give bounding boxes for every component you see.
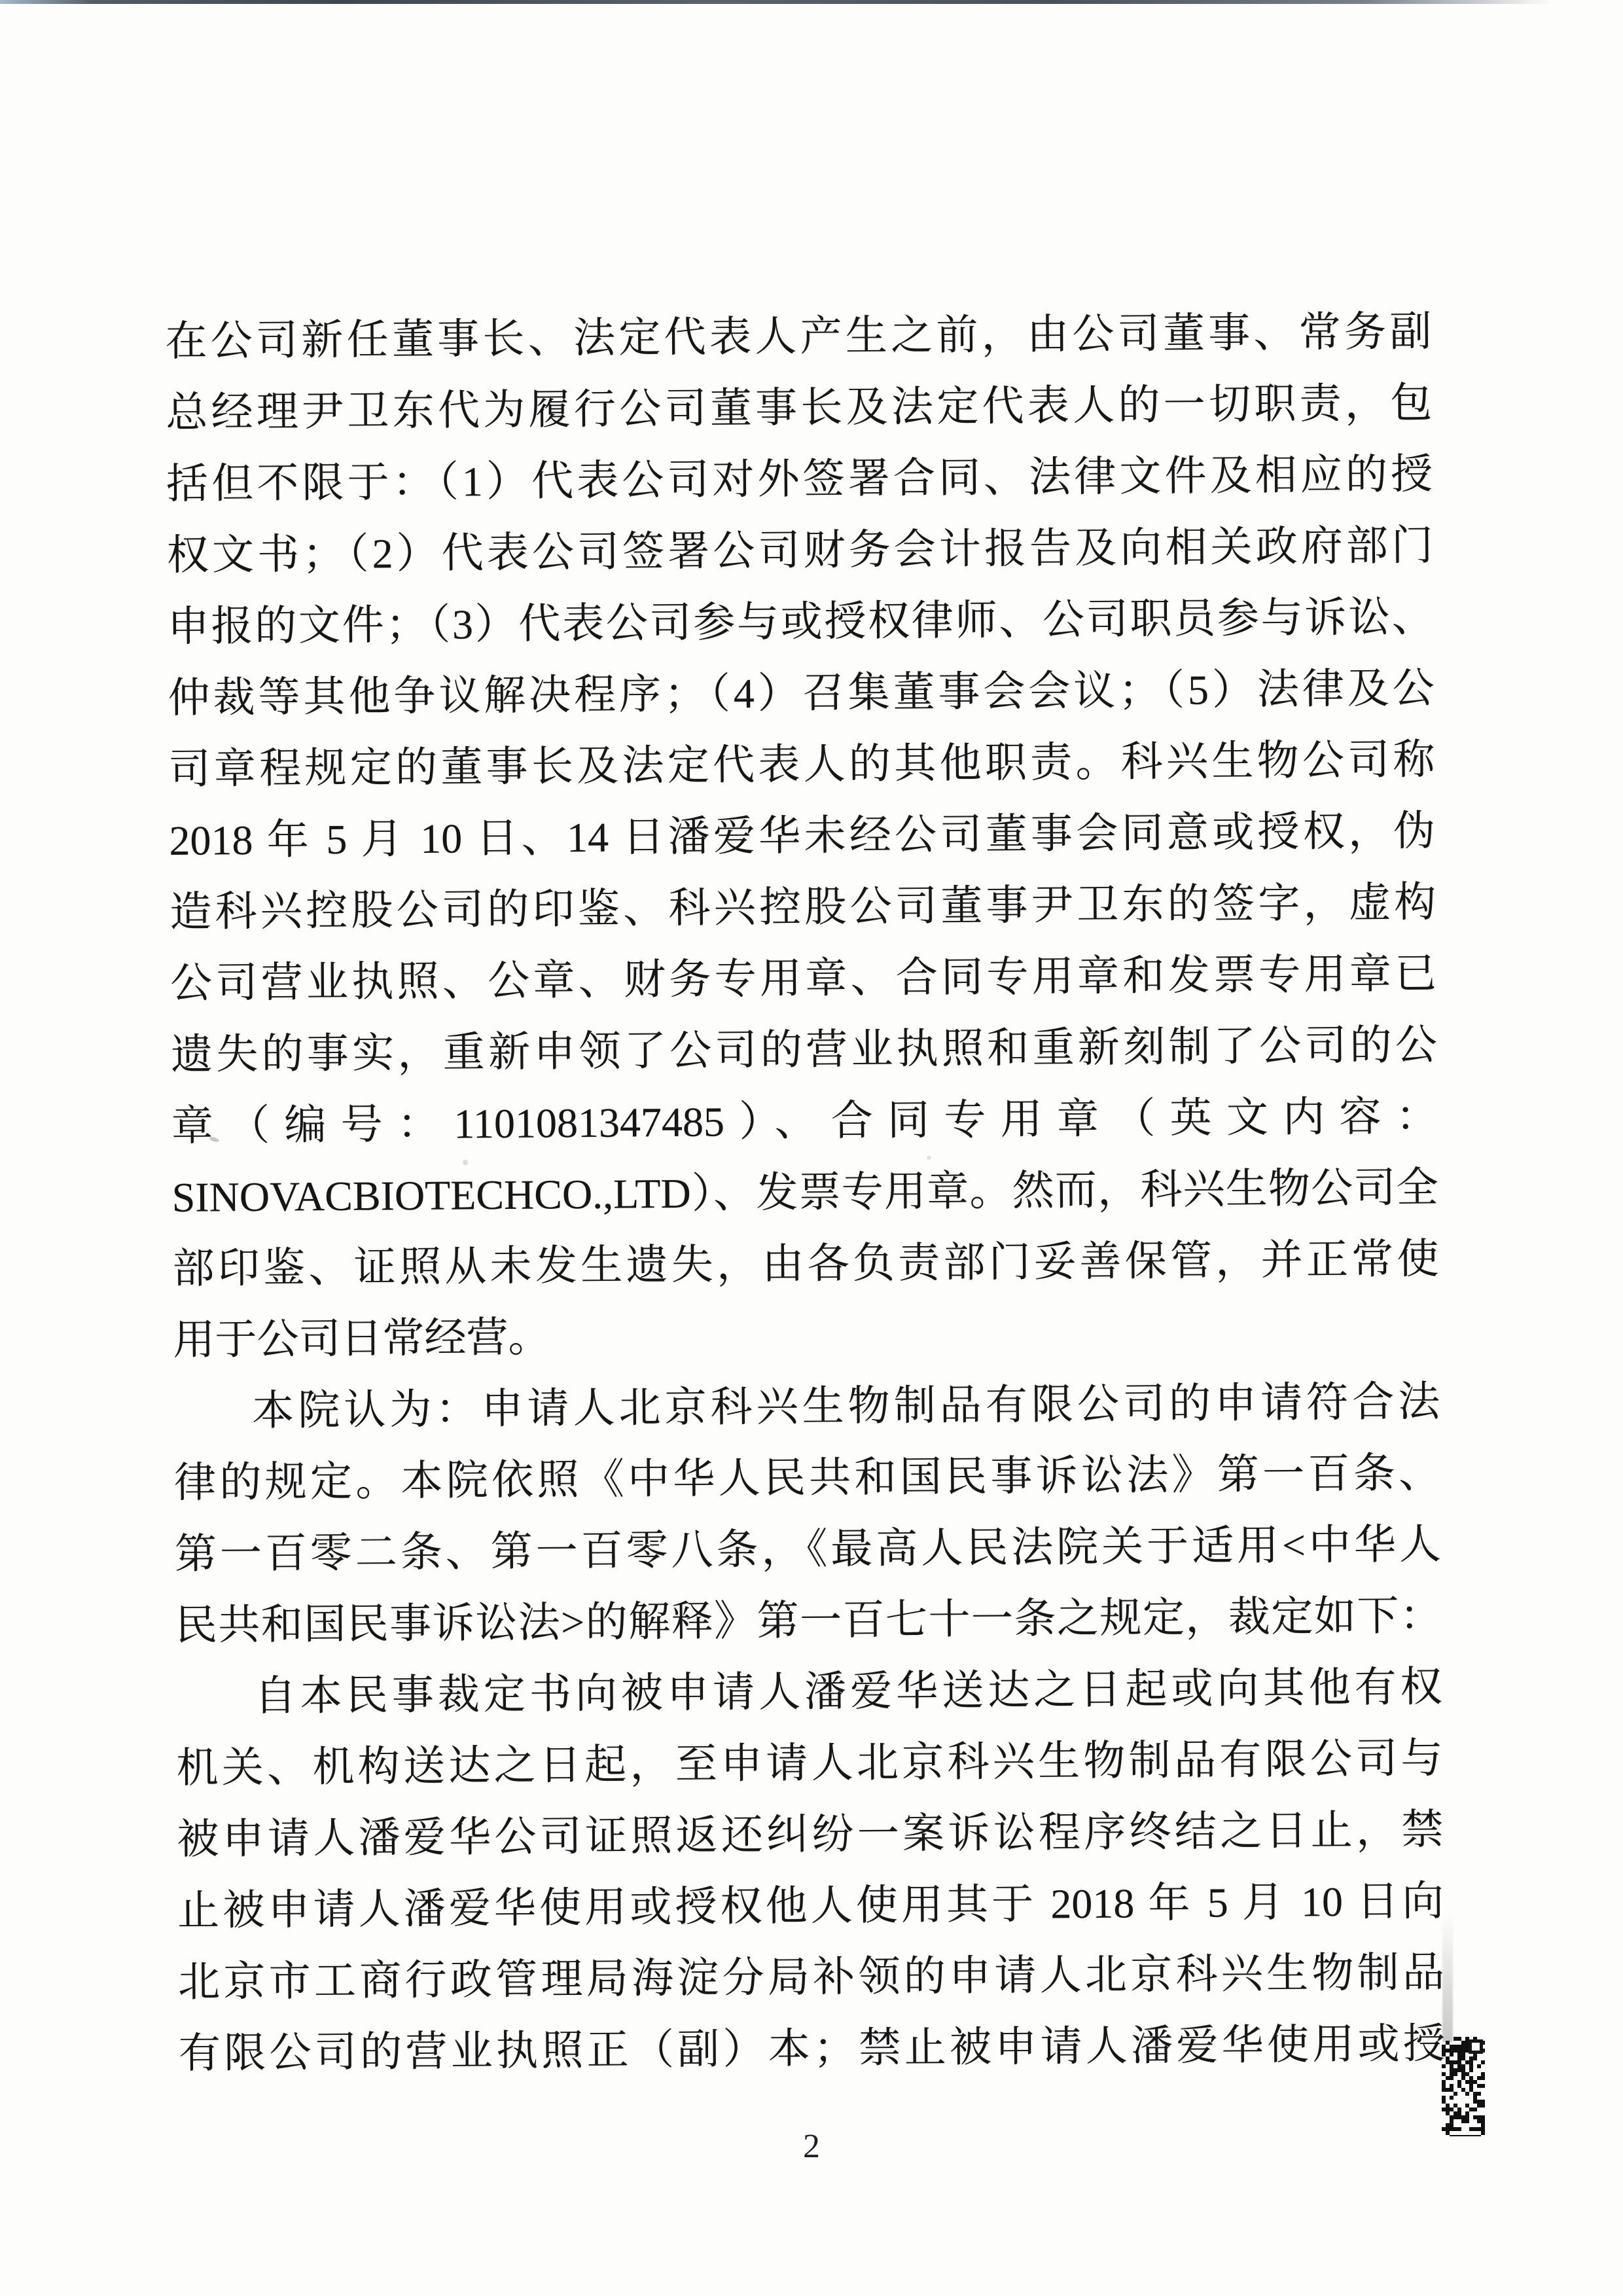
text-line: 用于公司日常经营。 [173, 1295, 1440, 1376]
qr-code [1442, 2037, 1485, 2136]
scanned-court-ruling-page: { "document": { "lines": [ "在公司新任董事长、法定代… [0, 0, 1623, 2296]
text-line: 遗失的事实，重新申领了公司的营业执照和重新刻制了公司的公 [171, 1009, 1438, 1090]
text-line: 止被申请人潘爱华使用或授权他人使用其于 2018 年 5 月 10 日向 [177, 1865, 1444, 1946]
text-line: 有限公司的营业执照正（副）本；禁止被申请人潘爱华使用或授 [179, 2008, 1446, 2089]
text-line: 北京市工商行政管理局海淀分局补领的申请人北京科兴生物制品 [178, 1937, 1445, 2018]
text-line: 律的规定。本院依照《中华人民共和国民事诉讼法》第一百条、 [174, 1437, 1441, 1518]
text-line: 民共和国民事诉讼法>的解释》第一百七十一条之规定，裁定如下： [175, 1580, 1442, 1661]
text-line: 括但不限于：（1）代表公司对外签署合同、法律文件及相应的授 [166, 439, 1433, 520]
text-line: 总经理尹卫东代为履行公司董事长及法定代表人的一切职责，包 [166, 367, 1433, 448]
qr-finder-square-icon [1469, 2039, 1483, 2054]
scan-edge-artifact [0, 0, 1551, 4]
document-body: 在公司新任董事长、法定代表人产生之前，由公司董事、常务副 总经理尹卫东代为履行公… [165, 296, 1445, 2089]
text-line: SINOVACBIOTECHCO.,LTD）、发票专用章。然而，科兴生物公司全 [171, 1152, 1438, 1233]
text-line: 章（编号：1101081347485）、合同专用章（英文内容： [171, 1081, 1438, 1162]
text-line: 申报的文件；（3）代表公司参与或授权律师、公司职员参与诉讼、 [167, 581, 1434, 662]
text-line: 仲裁等其他争议解决程序；（4）召集董事会会议；（5）法律及公 [168, 653, 1435, 734]
text-line: 第一百零二条、第一百零八条，《最高人民法院关于适用<中华人 [175, 1509, 1442, 1590]
text-line: 司章程规定的董事长及法定代表人的其他职责。科兴生物公司称 [168, 724, 1435, 805]
text-line: 本院认为：申请人北京科兴生物制品有限公司的申请符合法 [173, 1366, 1440, 1447]
text-line: 机关、机构送达之日起，至申请人北京科兴生物制品有限公司与 [176, 1723, 1443, 1804]
text-line: 自本民事裁定书向被申请人潘爱华送达之日起或向其他有权 [175, 1651, 1442, 1732]
text-line: 部印鉴、证照从未发生遗失，由各负责部门妥善保管，并正常使 [172, 1223, 1439, 1304]
page-number: 2 [0, 2127, 1623, 2166]
text-line: 在公司新任董事长、法定代表人产生之前，由公司董事、常务副 [165, 296, 1432, 377]
text-line: 造科兴控股公司的印鉴、科兴控股公司董事尹卫东的签字，虚构 [169, 867, 1436, 948]
text-line: 公司营业执照、公章、财务专用章、合同专用章和发票专用章已 [170, 938, 1437, 1019]
text-line: 权文书；（2）代表公司签署公司财务会计报告及向相关政府部门 [167, 510, 1434, 591]
text-line: 2018 年 5 月 10 日、14 日潘爱华未经公司董事会同意或授权，伪 [169, 795, 1436, 876]
text-line: 被申请人潘爱华公司证照返还纠纷一案诉讼程序终结之日止，禁 [177, 1794, 1444, 1875]
